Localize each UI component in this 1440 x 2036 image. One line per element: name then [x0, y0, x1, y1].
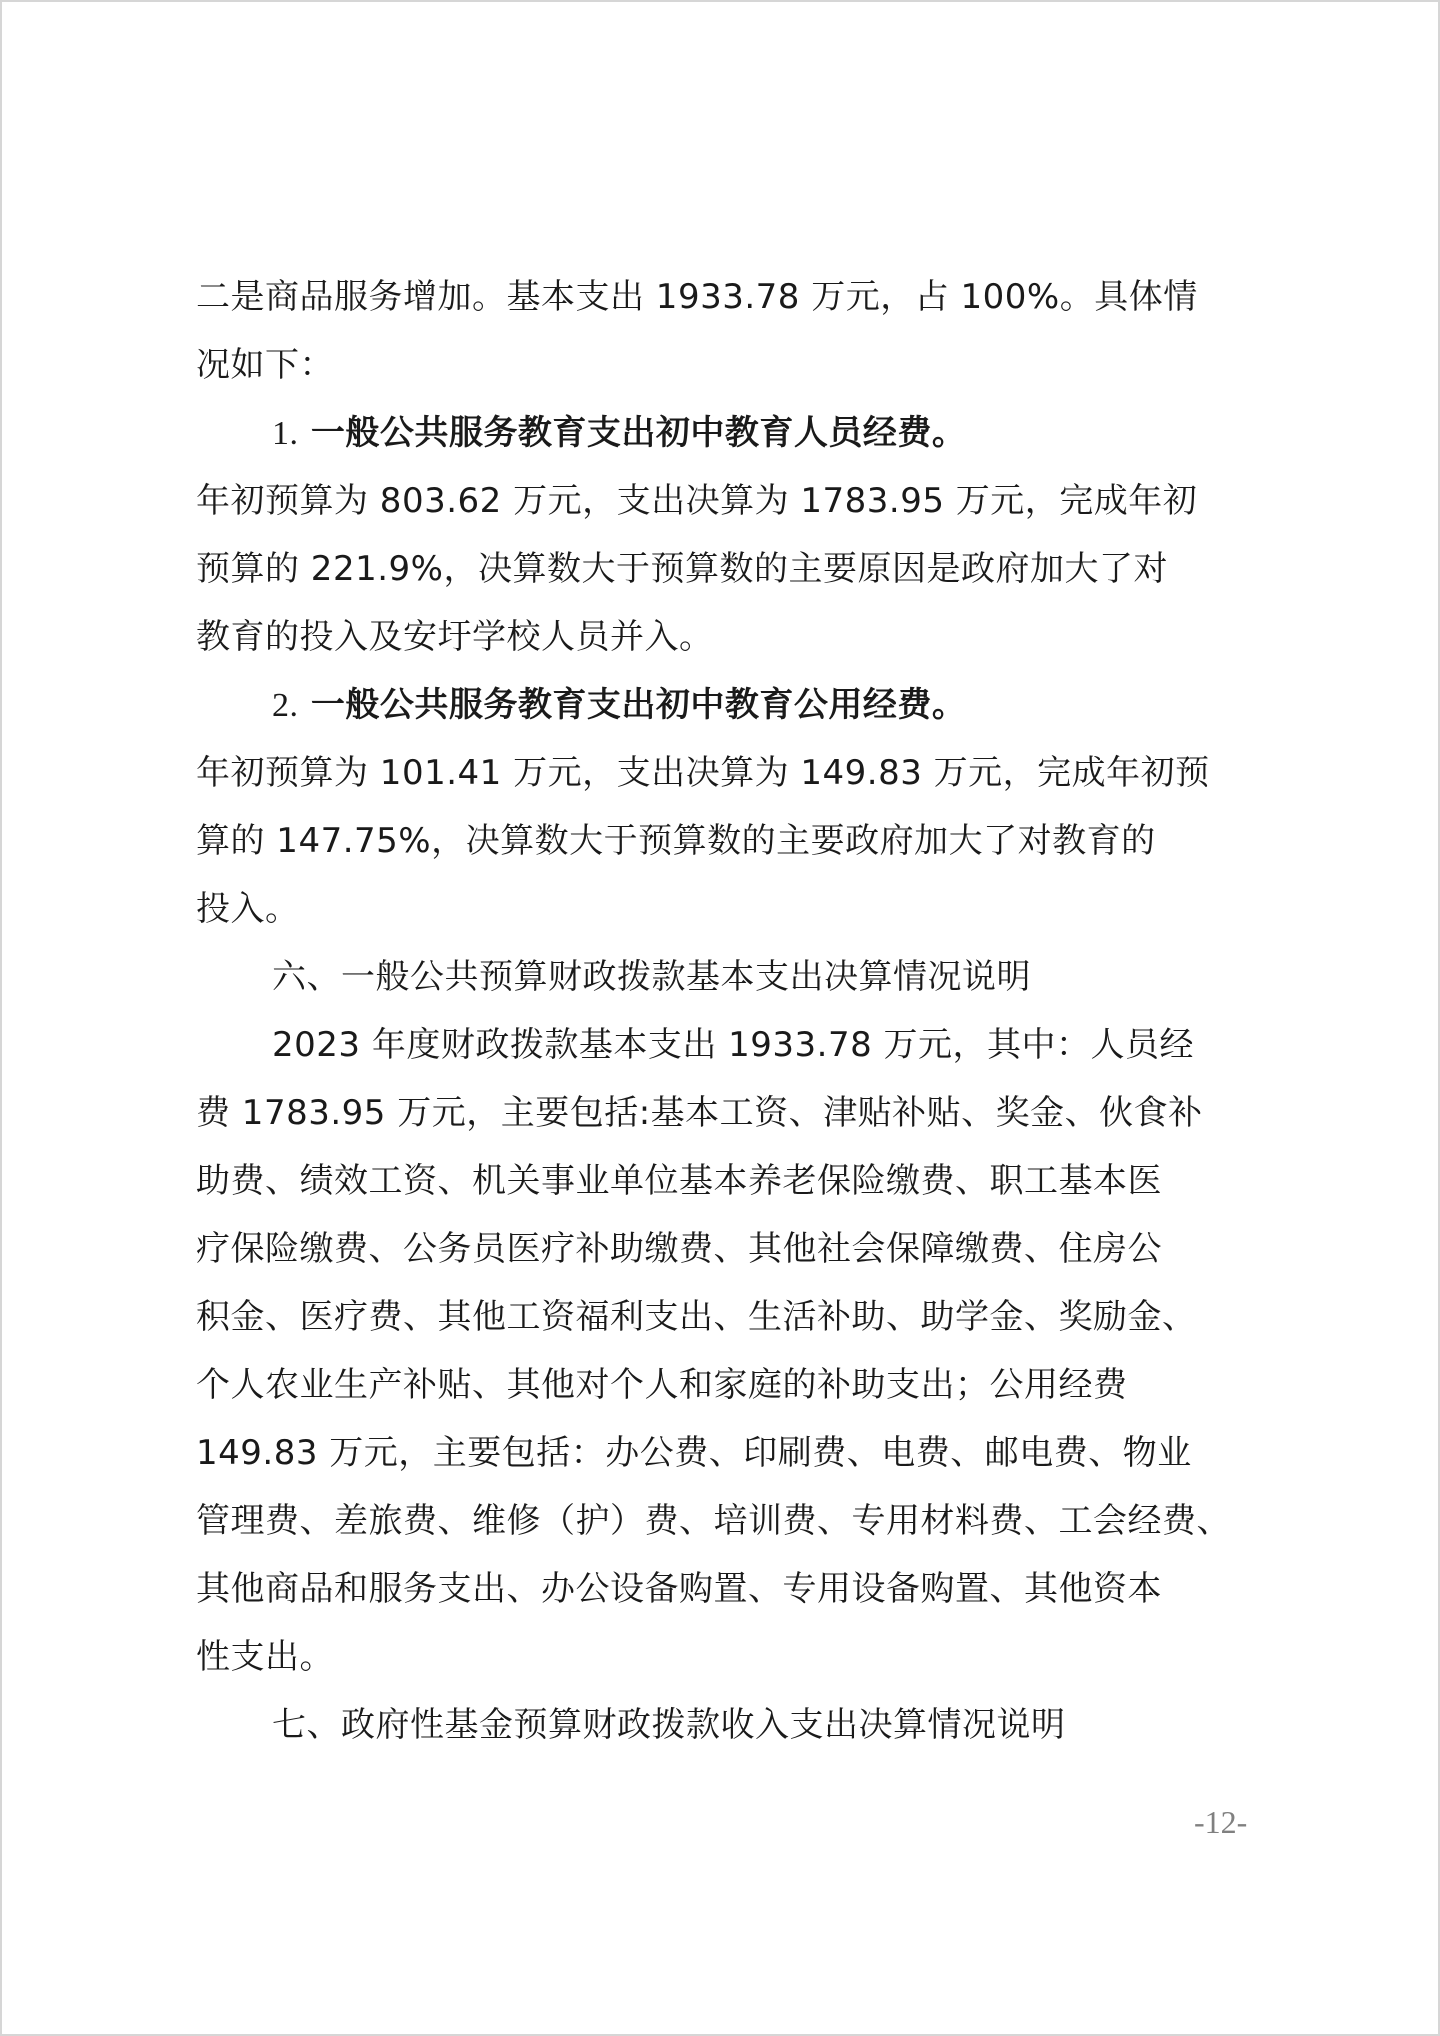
item-2-title: 一般公共服务教育支出初中教育公用经费。: [311, 685, 967, 725]
body-text-line: 其他商品和服务支出、办公设备购置、专用设备购置、其他资本: [196, 1564, 1286, 1632]
item-1-number: 1.: [272, 415, 299, 452]
body-text-line: 预算的 221.9%，决算数大于预算数的主要原因是政府加大了对: [196, 544, 1286, 612]
body-text-line: 二是商品服务增加。基本支出 1933.78 万元，占 100%。具体情: [196, 272, 1286, 340]
item-2-number: 2.: [272, 687, 299, 724]
body-text-line: 教育的投入及安圩学校人员并入。: [196, 612, 1286, 680]
page-content: 二是商品服务增加。基本支出 1933.78 万元，占 100%。具体情 况如下：…: [196, 272, 1286, 1768]
body-text-line: 况如下：: [196, 340, 1286, 408]
section-6-heading: 六、一般公共预算财政拨款基本支出决算情况说明: [196, 952, 1286, 1020]
body-text-line: 费 1783.95 万元，主要包括:基本工资、津贴补贴、奖金、伙食补: [196, 1088, 1286, 1156]
body-text-line: 管理费、差旅费、维修（护）费、培训费、专用材料费、工会经费、: [196, 1496, 1286, 1564]
body-text-line: 助费、绩效工资、机关事业单位基本养老保险缴费、职工基本医: [196, 1156, 1286, 1224]
body-text-line: 算的 147.75%，决算数大于预算数的主要政府加大了对教育的: [196, 816, 1286, 884]
section-7-heading: 七、政府性基金预算财政拨款收入支出决算情况说明: [196, 1700, 1286, 1768]
document-page: 二是商品服务增加。基本支出 1933.78 万元，占 100%。具体情 况如下：…: [0, 0, 1440, 2036]
item-1-heading: 1. 一般公共服务教育支出初中教育人员经费。: [196, 408, 1286, 476]
body-text-line: 投入。: [196, 884, 1286, 952]
item-2-heading: 2. 一般公共服务教育支出初中教育公用经费。: [196, 680, 1286, 748]
body-text-line: 年初预算为 803.62 万元，支出决算为 1783.95 万元，完成年初: [196, 476, 1286, 544]
body-text-line: 积金、医疗费、其他工资福利支出、生活补助、助学金、奖励金、: [196, 1292, 1286, 1360]
body-text-line: 性支出。: [196, 1632, 1286, 1700]
body-text-line: 疗保险缴费、公务员医疗补助缴费、其他社会保障缴费、住房公: [196, 1224, 1286, 1292]
body-text-line: 年初预算为 101.41 万元，支出决算为 149.83 万元，完成年初预: [196, 748, 1286, 816]
item-1-title: 一般公共服务教育支出初中教育人员经费。: [311, 413, 967, 453]
body-text-line: 个人农业生产补贴、其他对个人和家庭的补助支出；公用经费: [196, 1360, 1286, 1428]
page-number: -12-: [1194, 1804, 1247, 1841]
body-text-line: 2023 年度财政拨款基本支出 1933.78 万元，其中：人员经: [196, 1020, 1286, 1088]
body-text-line: 149.83 万元，主要包括：办公费、印刷费、电费、邮电费、物业: [196, 1428, 1286, 1496]
